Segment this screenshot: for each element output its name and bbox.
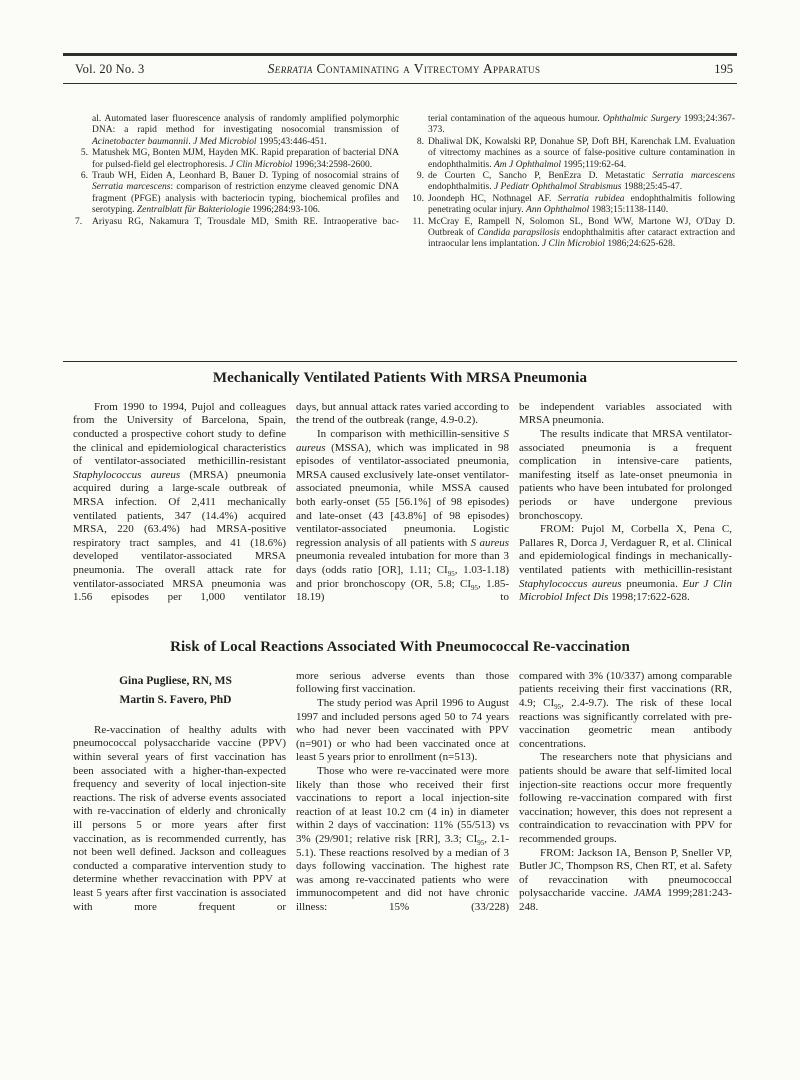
reference-number: 6. bbox=[75, 171, 88, 182]
article2-body: Gina Pugliese, RN, MS Martin S. Favero, … bbox=[73, 670, 735, 915]
reference-number: 11. bbox=[411, 217, 424, 228]
paragraph: In comparison with methicillin-sensitive… bbox=[296, 428, 509, 605]
article1-column-1: From 1990 to 1994, Pujol and colleagues … bbox=[73, 401, 286, 605]
article1-title: Mechanically Ventilated Patients With MR… bbox=[63, 370, 737, 387]
paragraph: Re-vaccination of healthy adults with pn… bbox=[73, 724, 286, 914]
reference-item: 9.de Courten C, Sancho P, BenEzra D. Met… bbox=[411, 171, 735, 194]
reference-item: 8.Dhaliwal DK, Kowalski RP, Donahue SP, … bbox=[411, 137, 735, 171]
reference-number: 7. bbox=[75, 217, 88, 228]
paragraph: compared with 3% (10/337) among comparab… bbox=[519, 670, 732, 752]
reference-item: 7.Ariyasu RG, Nakamura T, Trousdale MD, … bbox=[75, 217, 399, 228]
reference-item: al. Automated laser fluorescence analysi… bbox=[75, 114, 399, 148]
article1-divider-rule bbox=[63, 361, 737, 362]
paragraph: FROM: Pujol M, Corbella X, Pena C, Palla… bbox=[519, 523, 732, 605]
running-header: Vol. 20 No. 3 Serratia Contaminating a V… bbox=[63, 53, 737, 84]
article1-column-2: days, but annual attack rates varied acc… bbox=[296, 401, 509, 605]
reference-item: terial contamination of the aqueous humo… bbox=[411, 114, 735, 137]
reference-item: 5.Matushek MG, Bonten MJM, Hayden MK. Ra… bbox=[75, 148, 399, 171]
article2-column-1-text: Re-vaccination of healthy adults with pn… bbox=[73, 724, 286, 914]
article2-title: Risk of Local Reactions Associated With … bbox=[63, 639, 737, 656]
paragraph: more serious adverse events than those f… bbox=[296, 670, 509, 697]
article2-authors: Gina Pugliese, RN, MS Martin S. Favero, … bbox=[73, 672, 278, 710]
references-right-column: terial contamination of the aqueous humo… bbox=[411, 114, 735, 251]
paragraph: From 1990 to 1994, Pujol and colleagues … bbox=[73, 401, 286, 605]
page-number: 195 bbox=[583, 62, 735, 77]
reference-number: 10. bbox=[411, 194, 424, 205]
paragraph: The results indicate that MRSA ventilato… bbox=[519, 428, 732, 523]
paragraph: be independent variables associated with… bbox=[519, 401, 732, 428]
reference-number: 5. bbox=[75, 148, 88, 159]
reference-number: 9. bbox=[411, 171, 424, 182]
author-name: Martin S. Favero, PhD bbox=[73, 691, 278, 710]
author-name: Gina Pugliese, RN, MS bbox=[73, 672, 278, 691]
paragraph: days, but annual attack rates varied acc… bbox=[296, 401, 509, 428]
volume-issue: Vol. 20 No. 3 bbox=[65, 62, 225, 77]
running-title: Serratia Contaminating a Vitrectomy Appa… bbox=[225, 61, 583, 77]
article2-column-2: more serious adverse events than those f… bbox=[296, 670, 509, 915]
reference-item: 6.Traub WH, Eiden A, Leonhard B, Bauer D… bbox=[75, 171, 399, 217]
paragraph: The researchers note that physicians and… bbox=[519, 751, 732, 846]
article2-column-1: Gina Pugliese, RN, MS Martin S. Favero, … bbox=[73, 670, 286, 915]
references-left-column: al. Automated laser fluorescence analysi… bbox=[75, 114, 399, 251]
paragraph: Those who were re-vaccinated were more l… bbox=[296, 765, 509, 915]
reference-item: 11.McCray E, Rampell N, Solomon SL, Bond… bbox=[411, 217, 735, 251]
paragraph: The study period was April 1996 to Augus… bbox=[296, 697, 509, 765]
article2-column-3: compared with 3% (10/337) among comparab… bbox=[519, 670, 732, 915]
reference-number: 8. bbox=[411, 137, 424, 148]
paragraph: FROM: Jackson IA, Benson P, Sneller VP, … bbox=[519, 847, 732, 915]
references-section: al. Automated laser fluorescence analysi… bbox=[75, 114, 735, 251]
journal-page: Vol. 20 No. 3 Serratia Contaminating a V… bbox=[0, 0, 800, 1080]
article1-body: From 1990 to 1994, Pujol and colleagues … bbox=[73, 401, 735, 605]
article1-column-3: be independent variables associated with… bbox=[519, 401, 732, 605]
reference-item: 10.Joondeph HC, Nothnagel AF. Serratia r… bbox=[411, 194, 735, 217]
